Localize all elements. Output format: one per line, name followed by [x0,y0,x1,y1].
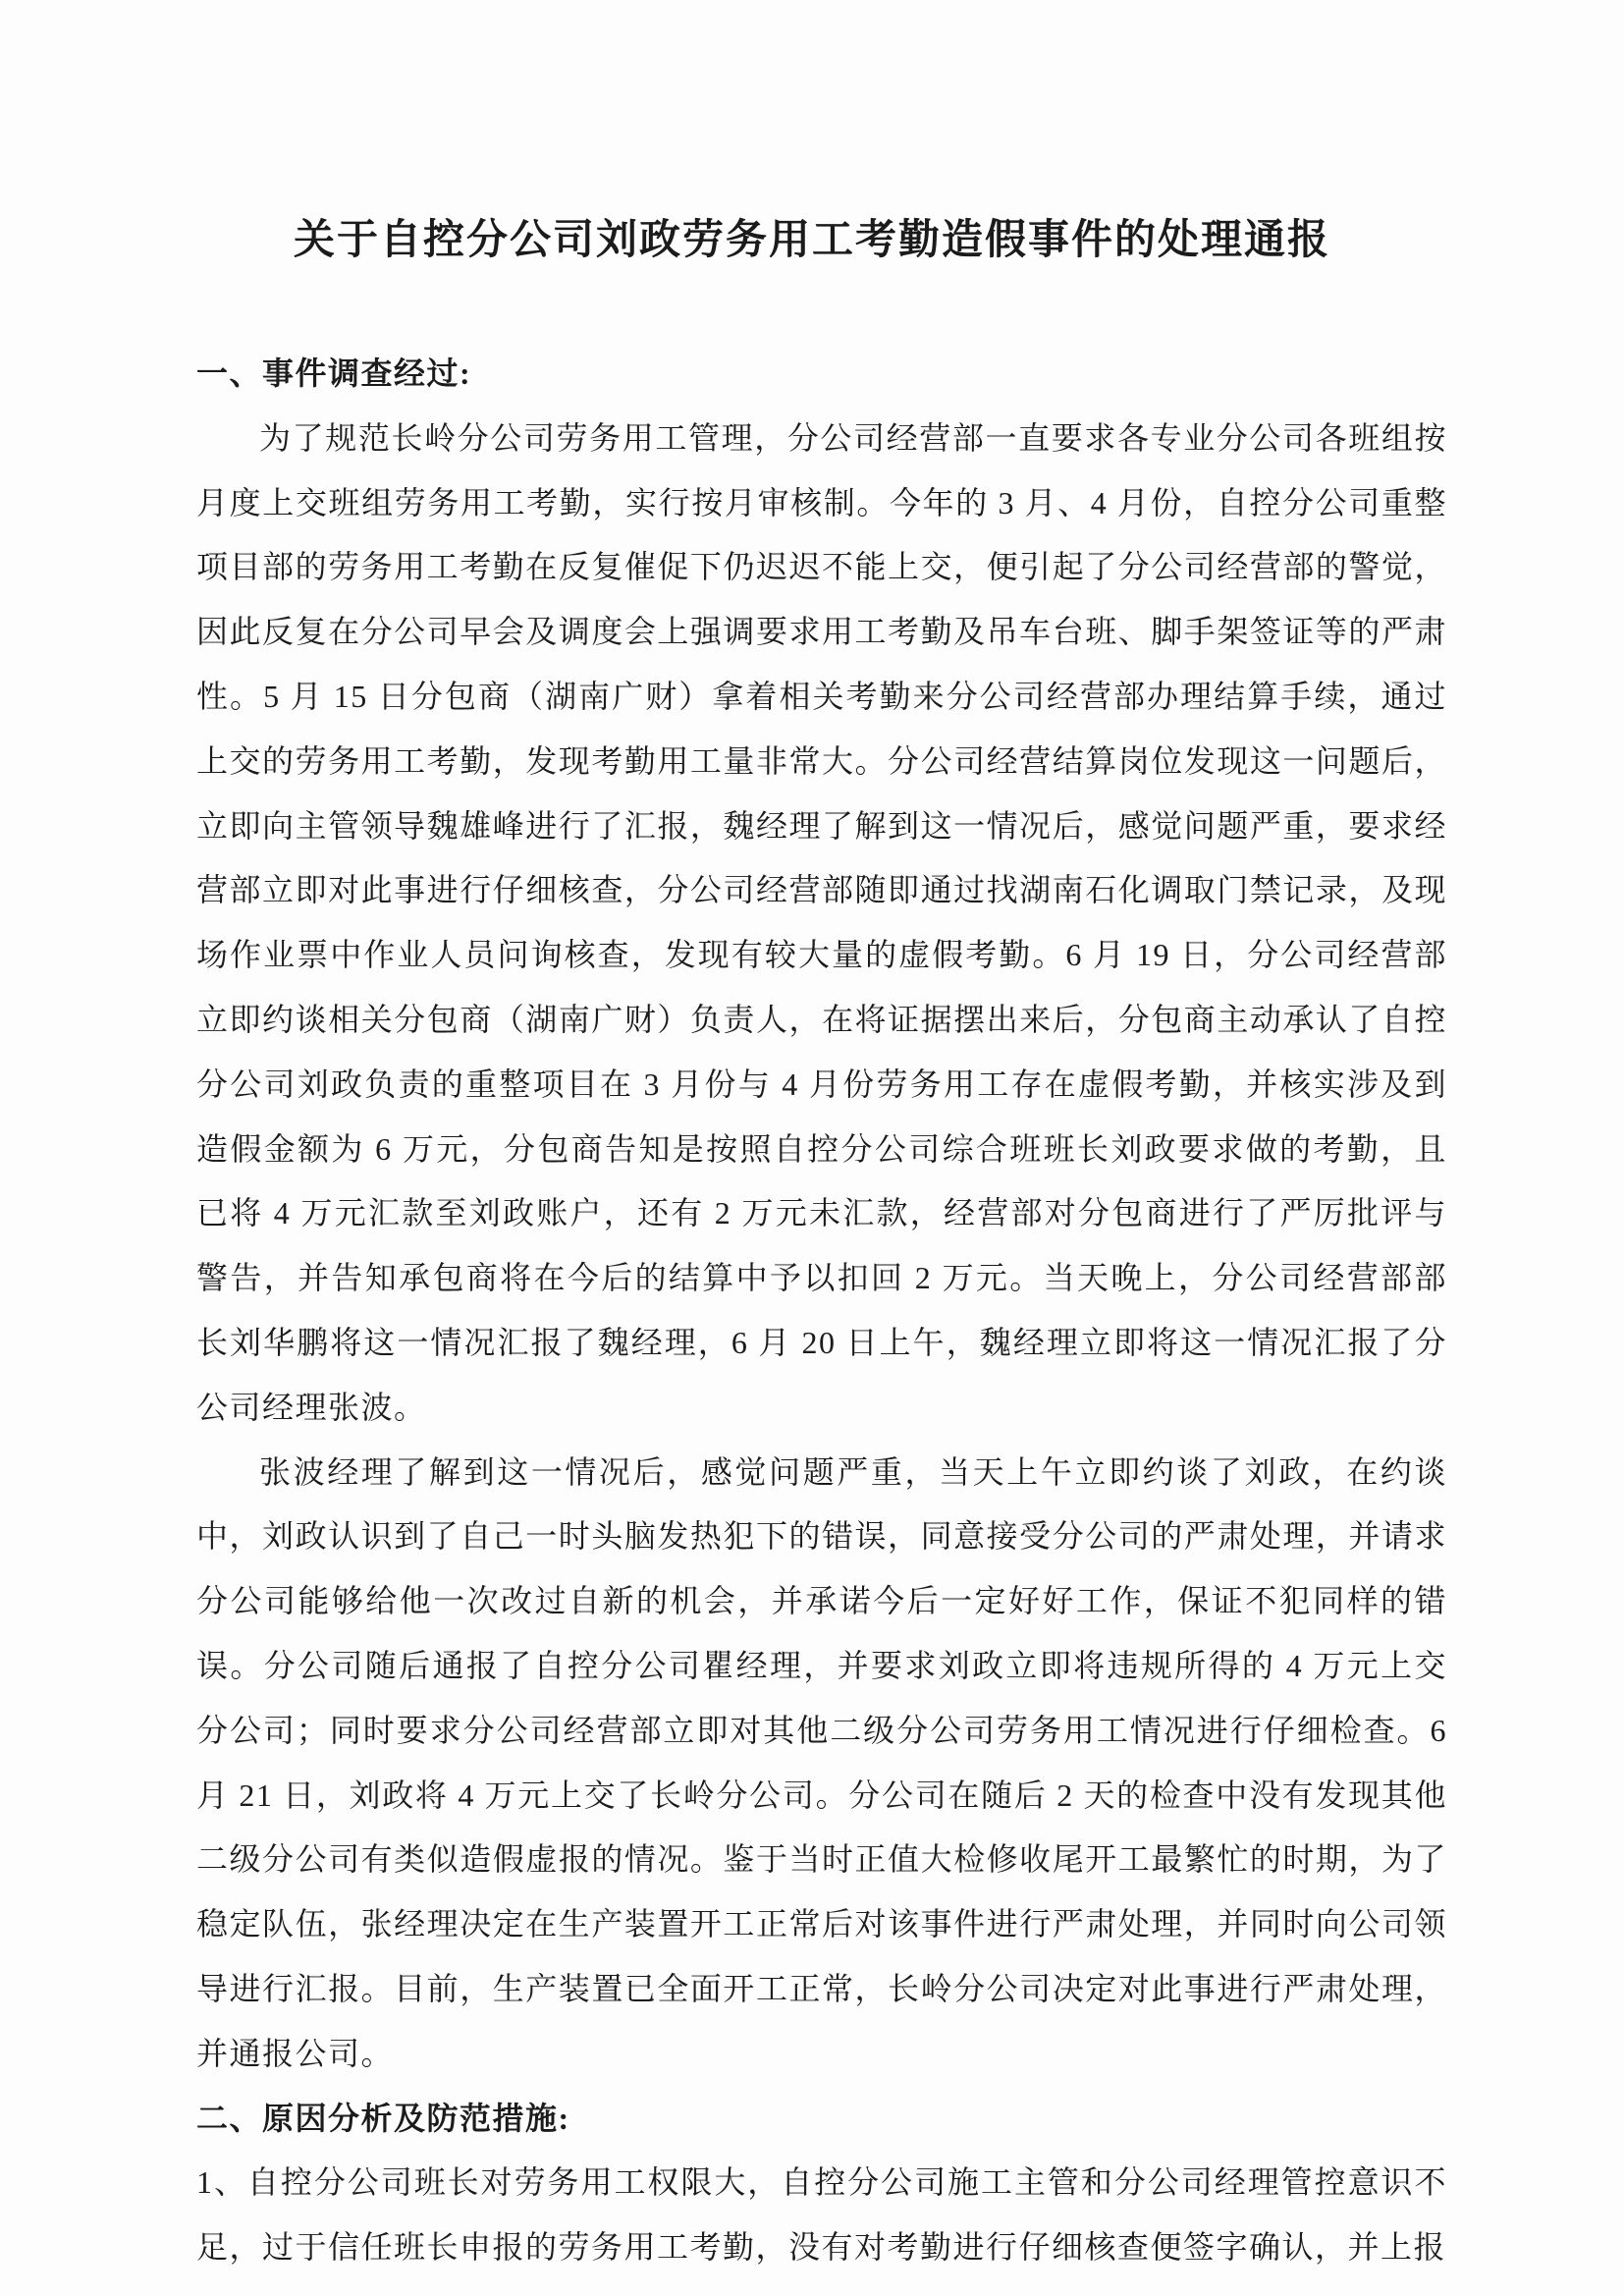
section-investigation-heading: 一、事件调查经过: [196,342,1447,407]
document-body: 一、事件调查经过: 为了规范长岭分公司劳务用工管理，分公司经营部一直要求各专业分… [196,342,1447,2280]
investigation-paragraph-2: 张波经理了解到这一情况后，感觉问题严重，当天上午立即约谈了刘政，在约谈中，刘政认… [196,1441,1447,2087]
document-page: 关于自控分公司刘政劳务用工考勤造假事件的处理通报 一、事件调查经过: 为了规范长… [0,0,1624,2296]
section-causes-heading: 二、原因分析及防范措施: [196,2087,1447,2152]
investigation-paragraph-1: 为了规范长岭分公司劳务用工管理，分公司经营部一直要求各专业分公司各班组按月度上交… [196,407,1447,1441]
causes-item-1: 1、自控分公司班长对劳务用工权限大，自控分公司施工主管和分公司经理管控意识不足，… [196,2151,1447,2280]
document-title: 关于自控分公司刘政劳务用工考勤造假事件的处理通报 [0,216,1624,265]
